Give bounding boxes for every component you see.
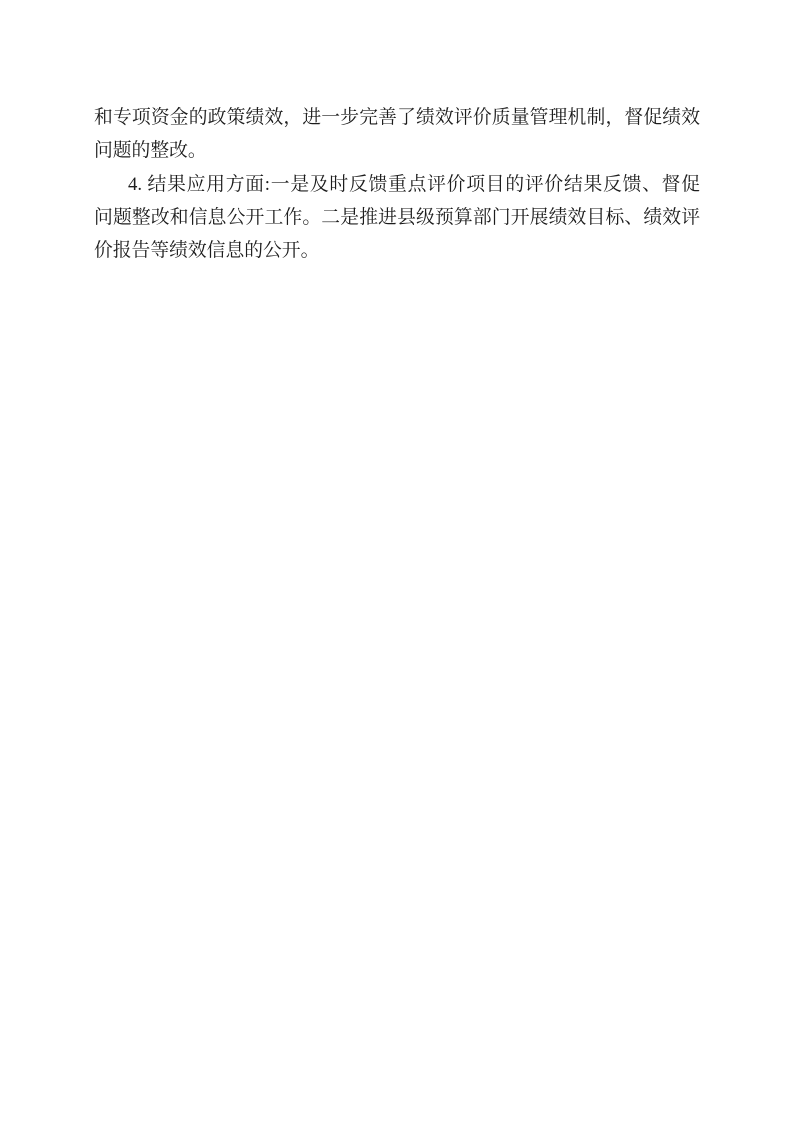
text-line: 问题整改和信息公开工作。二是推进县级预算部门开展绩效目标、绩效评: [94, 201, 700, 234]
text-line: 和专项资金的政策绩效，进一步完善了绩效评价质量管理机制，督促绩效: [94, 101, 700, 134]
text-block: 和专项资金的政策绩效，进一步完善了绩效评价质量管理机制，督促绩效 问题的整改。 …: [94, 101, 700, 267]
text-line: 4. 结果应用方面:一是及时反馈重点评价项目的评价结果反馈、督促: [94, 168, 700, 201]
paragraph-item-4: 4. 结果应用方面:一是及时反馈重点评价项目的评价结果反馈、督促 问题整改和信息…: [94, 168, 700, 268]
paragraph-continuation: 和专项资金的政策绩效，进一步完善了绩效评价质量管理机制，督促绩效 问题的整改。: [94, 101, 700, 168]
document-page: 和专项资金的政策绩效，进一步完善了绩效评价质量管理机制，督促绩效 问题的整改。 …: [0, 0, 793, 1122]
text-line: 问题的整改。: [94, 134, 700, 167]
text-line: 价报告等绩效信息的公开。: [94, 234, 700, 267]
